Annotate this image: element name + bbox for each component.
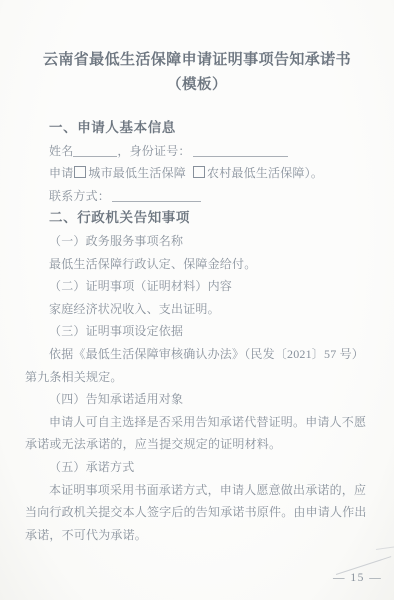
name-label: 姓名 [49, 144, 73, 158]
subsection-body-2: 家庭经济状况收入、支出证明。 [25, 298, 371, 321]
name-blank [73, 143, 117, 157]
subsection-body-3-line-2: 第九条相关规定。 [25, 366, 371, 389]
name-id-line: 姓名，身份证号： [25, 140, 371, 163]
checkbox-urban-icon [74, 166, 86, 178]
page-number: — 15 — [333, 572, 382, 584]
subsection-body-5-line-3: 承诺，不可代为承诺。 [25, 524, 371, 547]
option-label-rural: 农村最低生活保障 [207, 166, 305, 180]
subsection-heading-1: （一）政务服务事项名称 [25, 230, 371, 253]
checkbox-rural-icon [193, 166, 205, 178]
id-number-blank [193, 143, 288, 157]
scanned-document-page: 云南省最低生活保障申请证明事项告知承诺书 （模板） 一、申请人基本信息 姓名，身… [0, 0, 394, 600]
apply-prefix-label: 申请 [49, 166, 73, 180]
subsection-heading-4: （四）告知承诺适用对象 [25, 388, 371, 411]
subsection-body-5-line-2: 当向行政机关提交本人签字后的告知承诺书原件。由申请人作出 [25, 501, 371, 524]
subsection-body-3-line-1: 依据《最低生活保障审核确认办法》（民发〔2021〕57 号） [25, 343, 371, 366]
subsection-heading-3: （三）证明事项设定依据 [25, 320, 371, 343]
apply-type-line: 申请城市最低生活保障农村最低生活保障）。 [25, 162, 371, 185]
subsection-body-1: 最低生活保障行政认定、保障金给付。 [25, 253, 371, 276]
subsection-heading-2: （二）证明事项（证明材料）内容 [25, 275, 371, 298]
page-subtitle: （模板） [0, 73, 394, 94]
apply-suffix-label: ）。 [305, 166, 323, 180]
page-title: 云南省最低生活保障申请证明事项告知承诺书 [0, 48, 394, 69]
id-number-label: ，身份证号： [117, 144, 190, 158]
option-label-urban: 城市最低生活保障 [88, 166, 186, 180]
section-heading-applicant-info: 一、申请人基本信息 [25, 117, 371, 140]
contact-blank [112, 188, 201, 202]
contact-label: 联系方式： [49, 189, 110, 203]
section-heading-agency-notice: 二、行政机关告知事项 [25, 207, 371, 230]
subsection-heading-5: （五）承诺方式 [25, 456, 371, 479]
scan-fold-artifact-small [376, 546, 394, 550]
subsection-body-5-line-1: 本证明事项采用书面承诺方式，申请人愿意做出承诺的，应 [25, 479, 371, 502]
document-body: 一、申请人基本信息 姓名，身份证号： 申请城市最低生活保障农村最低生活保障）。 … [25, 117, 371, 546]
contact-line: 联系方式： [25, 185, 371, 208]
subsection-body-4-line-2: 承诺或无法承诺的，应当提交规定的证明材料。 [25, 433, 371, 456]
subsection-body-4-line-1: 申请人可自主选择是否采用告知承诺代替证明。申请人不愿 [25, 411, 371, 434]
